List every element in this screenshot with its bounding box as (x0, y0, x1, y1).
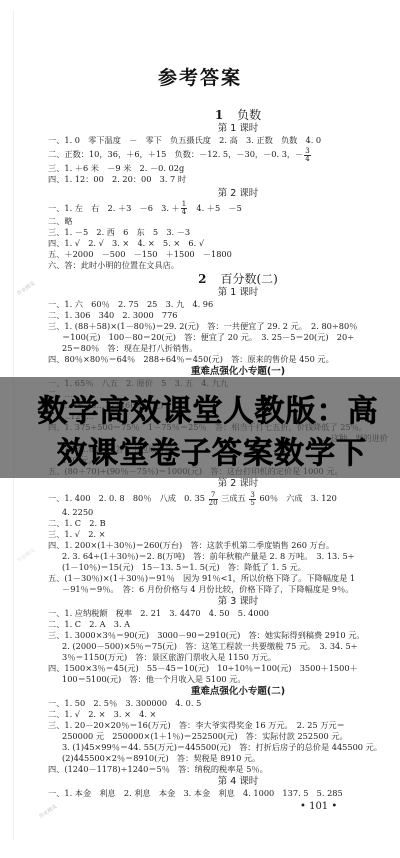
answer-line: 25＝80％ 答：现在是打八折销售。 (48, 343, 388, 354)
answer-line: 二、1. C 2. B (48, 518, 388, 529)
answer-line: 250000 元 250000×(1＋1％)＝252500(元) 答：实际付款 … (48, 731, 388, 742)
answer-line: 4. 2250 (48, 507, 388, 518)
watermark: 作业精灵 (16, 547, 36, 564)
answer-line: 一、1. 0 零下温度 － 零下 负五摄氏度 2. 高 3. 正数 负数 4. … (48, 135, 388, 146)
fraction: 14 (181, 201, 187, 216)
answer-line: 三、1. (88＋58)×(1－80％)＝29. 2(元) 答：一共便宜了 29… (48, 321, 388, 332)
answer-line: 100＝5100(元) 答：他一个月收入是 5100 元。 (48, 674, 388, 685)
lesson-heading: 第 2 课时 (48, 187, 388, 200)
answer-line: 三、1. 20－20×20％＝16(万元) 答：李大爷实得奖金 16 万元。 2… (48, 720, 388, 731)
answer-line: 3. (1)45×99％＝44. 55(万元)＝445500(元) 答：打折后房… (48, 742, 388, 753)
lesson-heading: 第 1 课时 (48, 122, 388, 135)
answer-line: 三、1. √ 2. × (48, 529, 388, 540)
overlay-title-line-2: 效课堂卷子答案数学下 (12, 428, 400, 472)
chapter-heading-percentages: 2百分数(二) (48, 272, 388, 286)
answer-line: (2)445500×2％＝8910(元) 答：契税是 8910 元。 (48, 753, 388, 764)
answer-line: 二、1. C 2. A 3. A (48, 619, 388, 630)
lesson-heading: 第 3 课时 (48, 595, 388, 608)
chapter-title: 负数 (237, 108, 261, 122)
chapter-number: 1 (215, 108, 223, 122)
answer-line: 一、1. 应纳税额 税率 2. 21 3. 4470 4. 50 5. 4000 (48, 608, 388, 619)
lesson-heading: 第 2 课时 (48, 477, 388, 490)
overlay-title-line-1: 数学高效课堂人教版：高 (8, 386, 400, 430)
chapter-title: 百分数(二) (220, 272, 277, 286)
answer-line: 二、1. 306 340 2. 3000 776 (48, 310, 388, 321)
answer-line: －91％＝9％。 答：6 月份价格与 4 月份比较，价格下降了，下降幅度是 9％… (48, 584, 388, 595)
answer-line: 三、1. －5 2. 西 6 东 5 3. －3 (48, 227, 388, 238)
answer-line: (1－10％)＝15(元) 15－13. 5＝1. 5(元) 答：降低了 1. … (48, 562, 388, 573)
answer-line: 四、1500×3％＝45(元) 55－45＝10(元) 10÷10％＝100(元… (48, 663, 388, 674)
special-topic-heading: 重难点强化小专题(二) (48, 685, 388, 698)
answer-line: 三、1. 3000×3％＝90(元) 3000－90＝2910(元) 答：她实际… (48, 630, 388, 641)
watermark: 作业精灵 (16, 280, 36, 297)
answer-line: 四、80％×80％＝64％ 288÷64％＝450(元) 答：原来的售价是 45… (48, 354, 388, 365)
fraction: 35 (249, 492, 255, 507)
answer-line: 四、1. 200×(1＋30％)＝260(万台) 答：这款手机第二季度销售 26… (48, 540, 388, 551)
watermark: 作业精灵 (38, 803, 58, 820)
answer-line: 3％＝1150(万元) 答：景区旅游门票收入是 1150 万元。 (48, 652, 388, 663)
page-number: • 101 • (300, 801, 337, 812)
lesson-heading: 第 1 课时 (48, 286, 388, 299)
answer-line: 四、(1240－1178)÷1240＝5％ 答：纳税的税率是 5％。 (48, 764, 388, 775)
answer-line: 一、1. 50 2. 5％ 3. 300000 4. 0. 5 (48, 698, 388, 709)
answer-line: 四、1. 12：00 2. 20：00 3. 7 时 (48, 174, 388, 185)
fraction: 720 (209, 492, 218, 507)
answer-line: 五、＋2000 －500 －150 ＋1500 －1800 (48, 249, 388, 260)
answer-key-page: 参考答案 1负数 第 1 课时 一、1. 0 零下温度 － 零下 负五摄氏度 2… (0, 0, 400, 858)
chapter-heading-negative-numbers: 1负数 (48, 108, 388, 122)
answer-line: 二、略 (48, 216, 388, 227)
answer-line: 二、1. √ 2. × 3. × 4. × (48, 709, 388, 720)
answer-line: 2. 3. 64÷(1＋30％)＝2. 8(万吨) 答：前年秋粮产量是 2. 8… (48, 551, 388, 562)
answer-line: 2. (2000－500)×5％＝75(元) 答：这笔工程款一共要缴税 75 元… (48, 641, 388, 652)
fraction: 34 (304, 148, 310, 163)
answer-line: 五、(1－30％)×(1＋30％)＝91％ 因为 91％<1，所以价格下降了。下… (48, 573, 388, 584)
answer-line: 四、1. √ 2. √ 3. × 4. × 5. × 6. √ (48, 238, 388, 249)
answer-line: 一、1. 左 右 2. ＋3 －6 3. ＋14 4. ＋5 －5 (48, 200, 388, 217)
chapter-number: 2 (198, 272, 206, 286)
page-title: 参考答案 (0, 63, 400, 90)
answer-line: 六、答：此时小明的位置在文具店。 (48, 260, 388, 271)
answer-line: 一、1. 六 60％ 2. 75 25 3. 九 4. 96 (48, 299, 388, 310)
answer-line: 二、正数：10，36，＋6，＋15 负数：－12. 5，－30，－0. 3，－3… (48, 146, 388, 163)
answer-line: 三、1. ＋6 米 －9 米 2. －0. 02g (48, 163, 388, 174)
lesson-heading: 第 4 课时 (48, 775, 388, 788)
answer-line: 一、1. 本金 利息 2. 利息 本金 3. 本金 利息 4. 1000 137… (48, 788, 388, 799)
answer-line: 一、1. 400 2. 0. 8 80％ 八成 0. 35 720 三成五 35… (48, 490, 388, 507)
answer-line: ＝100(元) 100－80＝20(元) 答：便宜了 20 元。 3. 25－5… (48, 332, 388, 343)
